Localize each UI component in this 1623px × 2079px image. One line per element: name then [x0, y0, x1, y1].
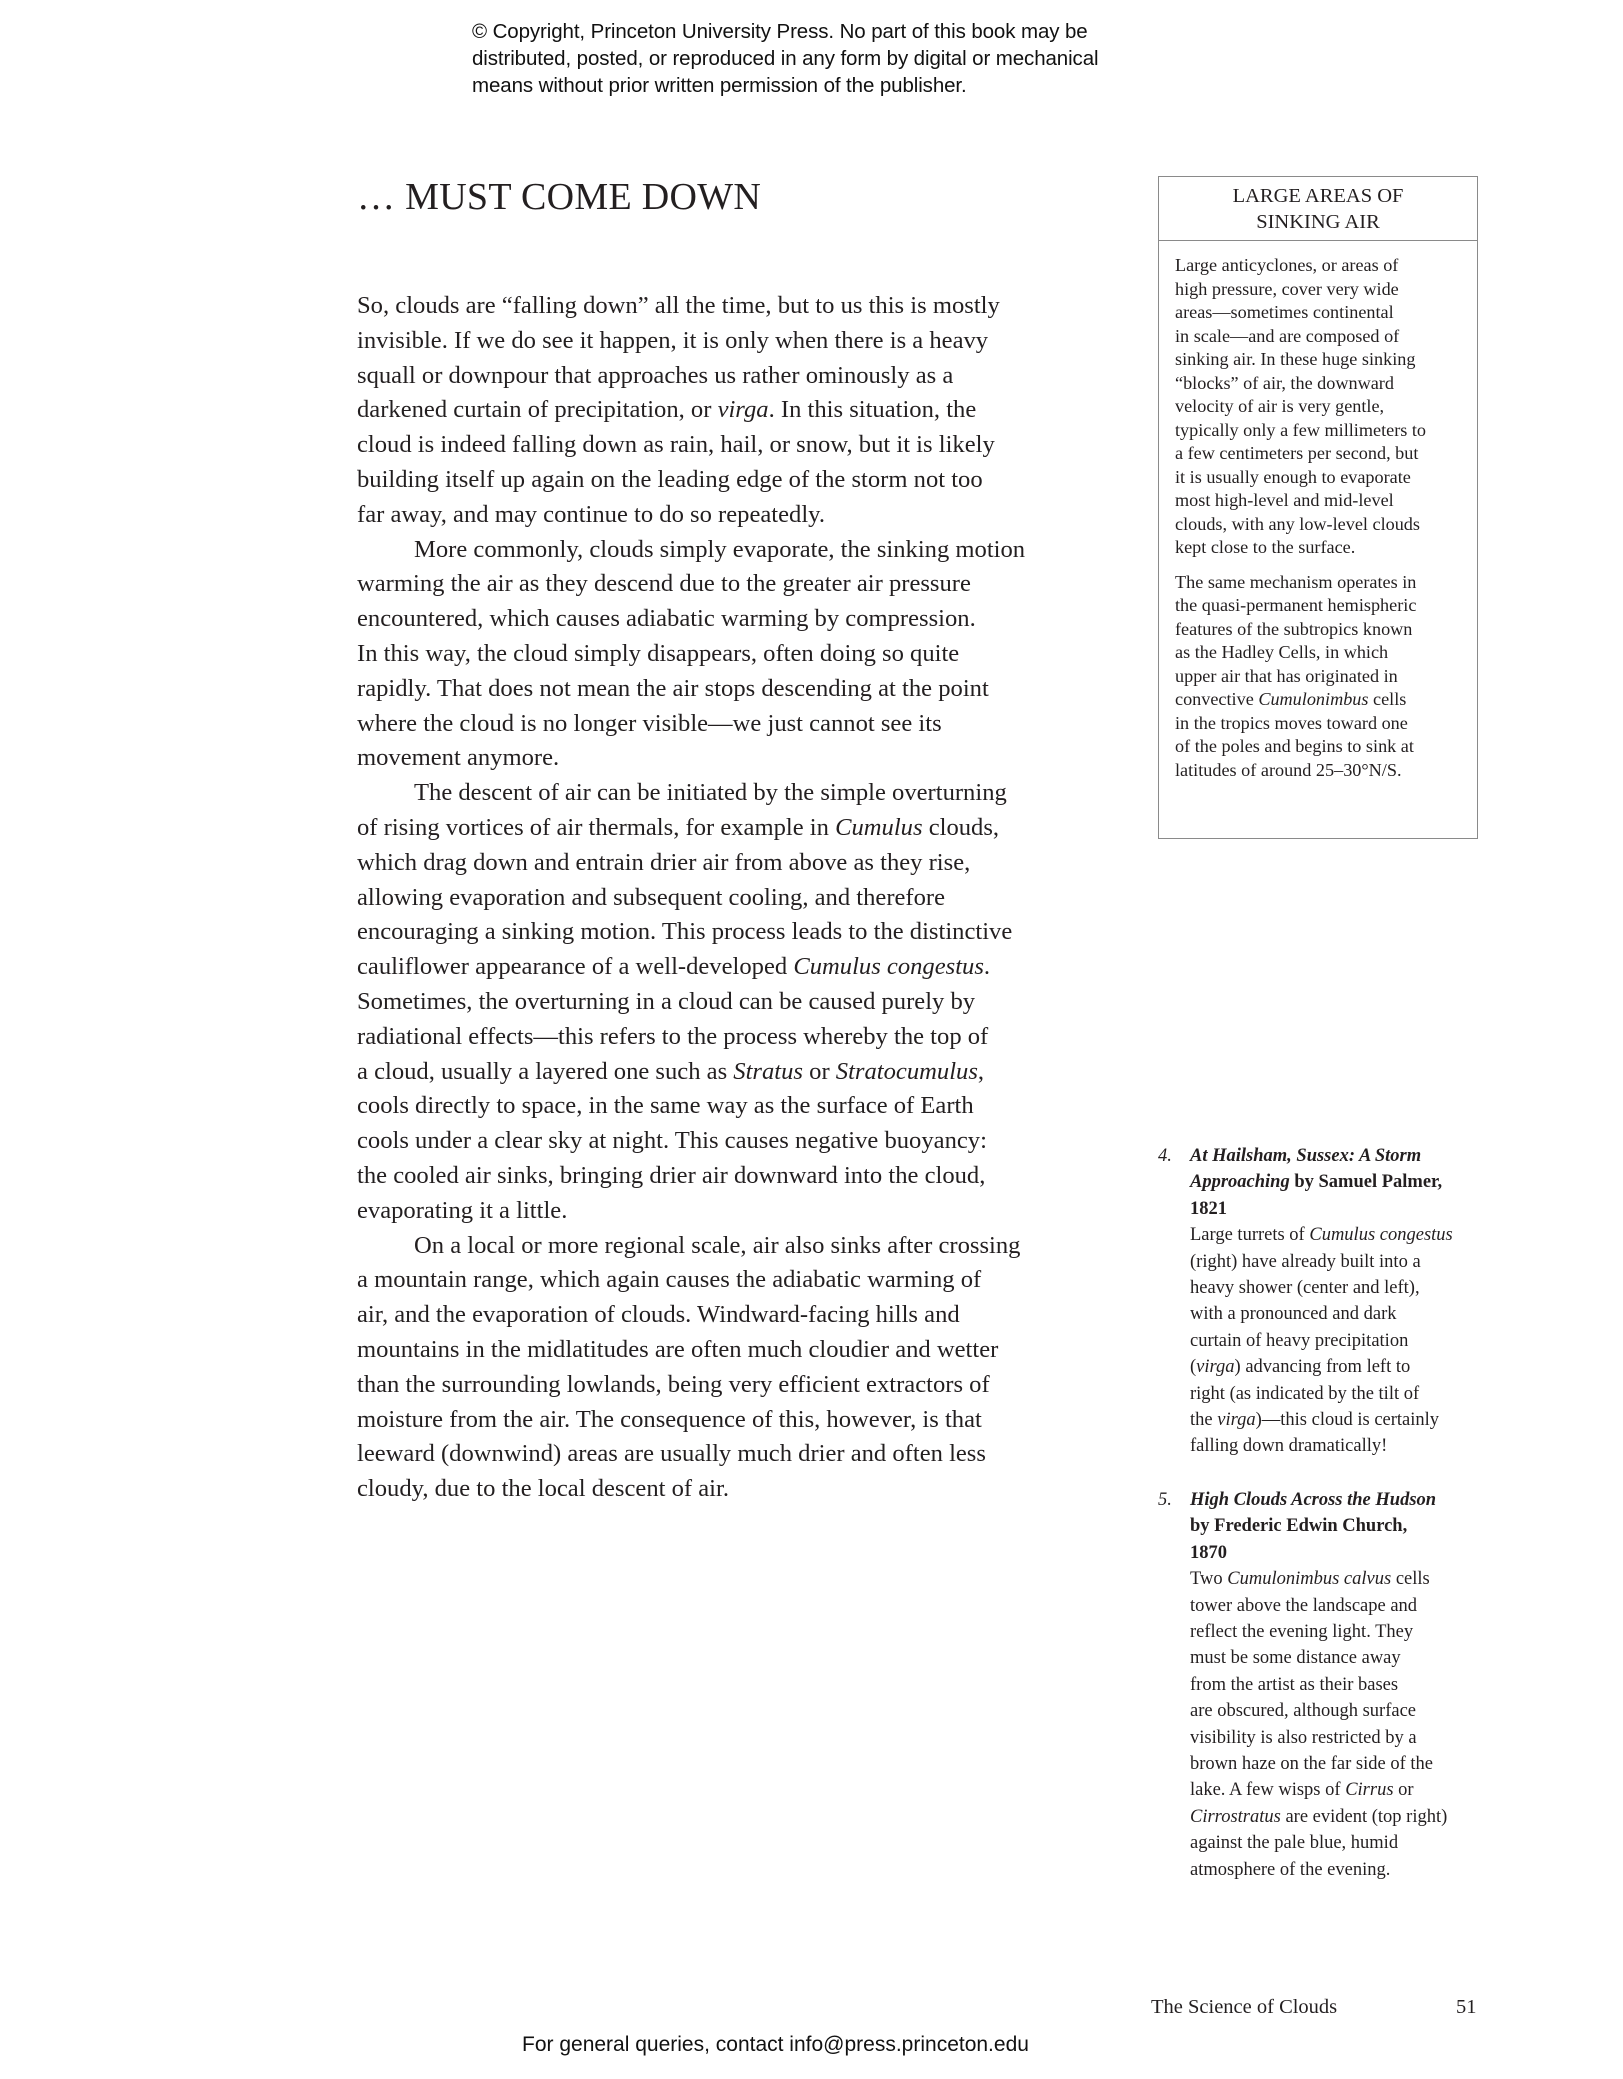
copyright-line: means without prior written permission o… [472, 72, 1192, 99]
text-line: a mountain range, which again causes the… [357, 1263, 1097, 1298]
figure-caption-4: 4. At Hailsham, Sussex: A Storm Approach… [1158, 1143, 1498, 1460]
text-line: warming the air as they descend due to t… [357, 567, 1097, 602]
caption-text-line: Large turrets of Cumulus congestus [1190, 1222, 1498, 1248]
caption-text-line: falling down dramatically! [1190, 1433, 1498, 1459]
sidebar-text-line: features of the subtropics known [1175, 618, 1477, 642]
italic-term: Stratocumulus [836, 1058, 978, 1085]
sidebar-text-line: a few centimeters per second, but [1175, 442, 1477, 466]
caption-text-line: right (as indicated by the tilt of [1190, 1381, 1498, 1407]
text-line: air, and the evaporation of clouds. Wind… [357, 1298, 1097, 1333]
sidebar-text-line: Large anticyclones, or areas of [1175, 254, 1477, 278]
page-number: 51 [1456, 1994, 1477, 2020]
sidebar-text-line: areas—sometimes continental [1175, 301, 1477, 325]
caption-text-line: the virga)—this cloud is certainly [1190, 1407, 1498, 1433]
text-line: than the surrounding lowlands, being ver… [357, 1368, 1097, 1403]
caption-text-line: curtain of heavy precipitation [1190, 1328, 1498, 1354]
caption-title-line: At Hailsham, Sussex: A Storm [1190, 1143, 1498, 1169]
sidebar-text-line: most high-level and mid-level [1175, 489, 1477, 513]
sidebar-text-line: “blocks” of air, the downward [1175, 372, 1477, 396]
text-line: encountered, which causes adiabatic warm… [357, 602, 1097, 637]
text-line: invisible. If we do see it happen, it is… [357, 324, 1097, 359]
caption-text-line: heavy shower (center and left), [1190, 1275, 1498, 1301]
paragraph-start-line: More commonly, clouds simply evaporate, … [357, 533, 1097, 568]
sidebar-text-line: velocity of air is very gentle, [1175, 395, 1477, 419]
text-line: which drag down and entrain drier air fr… [357, 846, 1097, 881]
sidebar-text-line: the quasi-permanent hemispheric [1175, 594, 1477, 618]
sidebar-text-line: in the tropics moves toward one [1175, 712, 1477, 736]
text-line: of rising vortices of air thermals, for … [357, 811, 1097, 846]
sidebar-text-line: sinking air. In these huge sinking [1175, 348, 1477, 372]
caption-text-line: must be some distance away [1190, 1645, 1498, 1671]
sidebar-text-line: as the Hadley Cells, in which [1175, 641, 1477, 665]
main-body-text: So, clouds are “falling down” all the ti… [357, 289, 1097, 1507]
caption-text-line: lake. A few wisps of Cirrus or [1190, 1777, 1498, 1803]
text-line: cloud is indeed falling down as rain, ha… [357, 428, 1097, 463]
caption-title-line: High Clouds Across the Hudson [1190, 1487, 1498, 1513]
caption-text-line: atmosphere of the evening. [1190, 1857, 1498, 1883]
sidebar-text-line: The same mechanism operates in [1175, 571, 1477, 595]
paragraph-start-line: The descent of air can be initiated by t… [357, 776, 1097, 811]
text-line: rapidly. That does not mean the air stop… [357, 672, 1097, 707]
text-line: radiational effects—this refers to the p… [357, 1020, 1097, 1055]
sidebar-text-line: latitudes of around 25–30°N/S. [1175, 759, 1477, 783]
caption-text-line: against the pale blue, humid [1190, 1830, 1498, 1856]
copyright-notice: © Copyright, Princeton University Press.… [472, 18, 1192, 99]
text-line: mountains in the midlatitudes are often … [357, 1333, 1097, 1368]
italic-term: Cumulus congestus [793, 953, 984, 980]
contact-notice: For general queries, contact info@press.… [522, 2032, 1029, 2058]
sidebar-text-line: typically only a few millimeters to [1175, 419, 1477, 443]
sidebar-box-sinking-air: LARGE AREAS OF SINKING AIR Large anticyc… [1158, 176, 1478, 839]
caption-text-line: from the artist as their bases [1190, 1672, 1498, 1698]
caption-year: 1870 [1190, 1540, 1498, 1566]
caption-title-line: by Frederic Edwin Church, [1190, 1513, 1498, 1539]
caption-text-line: (right) have already built into a [1190, 1249, 1498, 1275]
copyright-line: © Copyright, Princeton University Press.… [472, 18, 1192, 45]
sidebar-text-line: high pressure, cover very wide [1175, 278, 1477, 302]
caption-text-line: tower above the landscape and [1190, 1593, 1498, 1619]
text-line: darkened curtain of precipitation, or vi… [357, 393, 1097, 428]
sidebar-text-line: of the poles and begins to sink at [1175, 735, 1477, 759]
italic-term: Cumulus [835, 814, 922, 841]
caption-content: At Hailsham, Sussex: A Storm Approaching… [1190, 1143, 1498, 1460]
text-line: Sometimes, the overturning in a cloud ca… [357, 985, 1097, 1020]
text-line: evaporating it a little. [357, 1194, 1097, 1229]
text-line: the cooled air sinks, bringing drier air… [357, 1159, 1097, 1194]
sidebar-text-line: upper air that has originated in [1175, 665, 1477, 689]
text-line: a cloud, usually a layered one such as S… [357, 1055, 1097, 1090]
caption-text-line: Cirrostratus are evident (top right) [1190, 1804, 1498, 1830]
copyright-line: distributed, posted, or reproduced in an… [472, 45, 1192, 72]
text-line: In this way, the cloud simply disappears… [357, 637, 1097, 672]
paragraph-start-line: On a local or more regional scale, air a… [357, 1229, 1097, 1264]
sidebar-text-line: it is usually enough to evaporate [1175, 466, 1477, 490]
caption-text-line: Two Cumulonimbus calvus cells [1190, 1566, 1498, 1592]
caption-text-line: (virga) advancing from left to [1190, 1354, 1498, 1380]
text-line: cools under a clear sky at night. This c… [357, 1124, 1097, 1159]
sidebar-text-line: convective Cumulonimbus cells [1175, 688, 1477, 712]
caption-title-line: Approaching by Samuel Palmer, [1190, 1169, 1498, 1195]
sidebar-title-line: LARGE AREAS OF [1159, 183, 1477, 209]
italic-term: Stratus [733, 1058, 803, 1085]
sidebar-box-header: LARGE AREAS OF SINKING AIR [1159, 177, 1477, 241]
caption-year: 1821 [1190, 1196, 1498, 1222]
italic-term: virga [718, 396, 769, 423]
caption-number: 5. [1158, 1487, 1172, 1513]
caption-number: 4. [1158, 1143, 1172, 1169]
text-line: movement anymore. [357, 741, 1097, 776]
text-line: allowing evaporation and subsequent cool… [357, 881, 1097, 916]
text-line: leeward (downwind) areas are usually muc… [357, 1437, 1097, 1472]
caption-text-line: brown haze on the far side of the [1190, 1751, 1498, 1777]
text-line: So, clouds are “falling down” all the ti… [357, 289, 1097, 324]
figure-caption-5: 5. High Clouds Across the Hudson by Fred… [1158, 1487, 1498, 1883]
text-line: where the cloud is no longer visible—we … [357, 707, 1097, 742]
paragraph-gap [1175, 560, 1477, 571]
text-line: cauliflower appearance of a well-develop… [357, 950, 1097, 985]
caption-text-line: with a pronounced and dark [1190, 1301, 1498, 1327]
caption-content: High Clouds Across the Hudson by Frederi… [1190, 1487, 1498, 1883]
text-line: squall or downpour that approaches us ra… [357, 359, 1097, 394]
text-line: cools directly to space, in the same way… [357, 1089, 1097, 1124]
caption-text-line: are obscured, although surface [1190, 1698, 1498, 1724]
text-line: moisture from the air. The consequence o… [357, 1403, 1097, 1438]
caption-text-line: reflect the evening light. They [1190, 1619, 1498, 1645]
sidebar-text-line: clouds, with any low-level clouds [1175, 513, 1477, 537]
text-line: building itself up again on the leading … [357, 463, 1097, 498]
text-line: encouraging a sinking motion. This proce… [357, 915, 1097, 950]
sidebar-text-line: kept close to the surface. [1175, 536, 1477, 560]
italic-term: Cumulonimbus [1258, 689, 1368, 709]
text-line: far away, and may continue to do so repe… [357, 498, 1097, 533]
caption-text-line: visibility is also restricted by a [1190, 1725, 1498, 1751]
sidebar-text-line: in scale—and are composed of [1175, 325, 1477, 349]
text-line: cloudy, due to the local descent of air. [357, 1472, 1097, 1507]
sidebar-box-body: Large anticyclones, or areas of high pre… [1159, 241, 1477, 782]
running-footer-title: The Science of Clouds [1151, 1994, 1337, 2020]
section-title: … MUST COME DOWN [357, 174, 761, 220]
sidebar-title-line: SINKING AIR [1159, 209, 1477, 235]
